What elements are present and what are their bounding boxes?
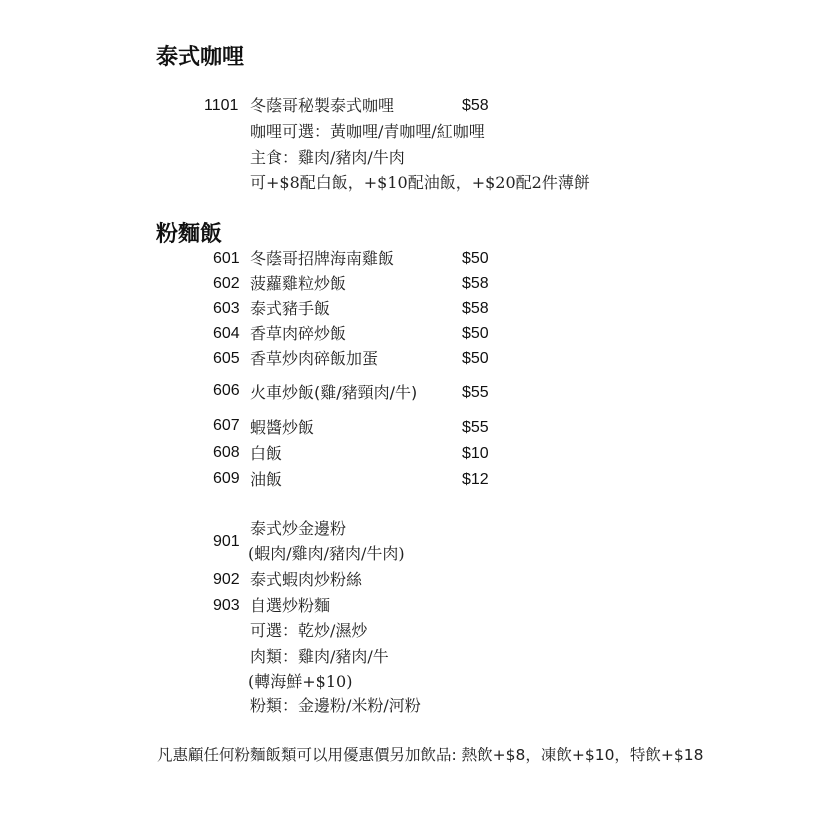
- item-code: 603: [213, 300, 240, 318]
- item-name: 香草肉碎炒飯: [250, 324, 346, 344]
- item-code: 607: [213, 417, 240, 435]
- item-name: 油飯: [250, 470, 282, 490]
- section-title-noodles-rice: 粉麵飯: [156, 217, 222, 248]
- item-code: 608: [213, 444, 240, 462]
- item-note: 可+$8配白飯，+$10配油飯，+$20配2件薄餅: [250, 173, 590, 193]
- item-name: 白飯: [250, 444, 282, 464]
- item-note: 咖哩可選：黃咖哩/青咖哩/紅咖哩: [250, 122, 485, 142]
- item-code: 602: [213, 275, 240, 293]
- item-name: 香草炒肉碎飯加蛋: [250, 349, 378, 369]
- item-code: 609: [213, 470, 240, 488]
- item-note: 肉類：雞肉/豬肉/牛: [250, 647, 389, 667]
- item-name: 火車炒飯(雞/豬頸肉/牛): [250, 383, 417, 403]
- item-options: (蝦肉/雞肉/豬肉/牛肉): [248, 544, 405, 564]
- item-name: 自選炒粉麵: [250, 596, 330, 616]
- item-name: 泰式炒金邊粉: [250, 519, 346, 539]
- item-code: 901: [213, 533, 240, 551]
- item-name: 冬蔭哥秘製泰式咖哩: [250, 96, 394, 116]
- item-code: 1101: [204, 97, 238, 115]
- item-note: 可選：乾炒/濕炒: [250, 621, 367, 641]
- item-price: $58: [462, 97, 489, 115]
- item-code: 605: [213, 350, 240, 368]
- footer-note: 凡惠顧任何粉麵飯類可以用優惠價另加飲品: 熱飲+$8，凍飲+$10，特飲+$18: [157, 745, 704, 765]
- item-code: 601: [213, 250, 240, 268]
- item-note: 粉類：金邊粉/米粉/河粉: [250, 696, 421, 716]
- item-name: 蝦醬炒飯: [250, 418, 314, 438]
- item-price: $50: [462, 325, 489, 343]
- item-price: $50: [462, 250, 489, 268]
- item-code: 606: [213, 382, 240, 400]
- item-price: $10: [462, 445, 489, 463]
- section-title-thai-curry: 泰式咖哩: [156, 40, 244, 71]
- item-price: $50: [462, 350, 489, 368]
- item-price: $55: [462, 384, 489, 402]
- item-name: 泰式豬手飯: [250, 299, 330, 319]
- item-code: 604: [213, 325, 240, 343]
- item-price: $58: [462, 275, 489, 293]
- item-price: $12: [462, 471, 489, 489]
- item-name: 菠蘿雞粒炒飯: [250, 274, 346, 294]
- item-price: $58: [462, 300, 489, 318]
- item-note: (轉海鮮+$10): [248, 672, 352, 692]
- item-note: 主食：雞肉/豬肉/牛肉: [250, 148, 405, 168]
- item-price: $55: [462, 419, 489, 437]
- item-name: 泰式蝦肉炒粉絲: [250, 570, 362, 590]
- item-code: 903: [213, 597, 240, 615]
- item-name: 冬蔭哥招牌海南雞飯: [250, 249, 394, 269]
- item-code: 902: [213, 571, 240, 589]
